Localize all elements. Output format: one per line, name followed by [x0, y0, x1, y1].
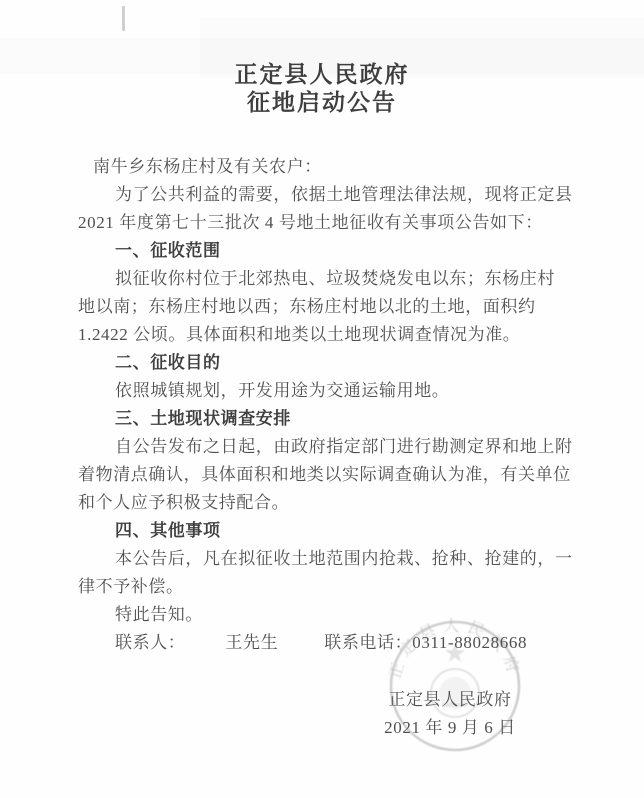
- section-4-line: 本公告后，凡在拟征收土地范围内抢栽、抢种、抢建的，一: [78, 545, 570, 573]
- section-3-line: 和个人应予积极支持配合。: [78, 489, 570, 517]
- scan-artifact-mark: [122, 6, 125, 31]
- section-2-line: 依照城镇规划，开发用途为交通运输用地。: [78, 377, 570, 405]
- section-heading-1: 一、征收范围: [78, 237, 570, 265]
- contact-phone: 0311-88028668: [412, 633, 527, 652]
- title-line-1: 正定县人民政府: [0, 61, 644, 89]
- section-heading-2: 二、征收目的: [78, 349, 570, 377]
- signature-block: 正定县人民政府 2021 年 9 月 6 日: [360, 686, 540, 742]
- section-1-line: 地以南；东杨庄村地以西；东杨庄村地以北的土地，面积约: [78, 293, 570, 321]
- title-line-2: 征地启动公告: [0, 89, 644, 117]
- section-3-line: 自公告发布之日起，由政府指定部门进行勘测定界和地上附: [78, 433, 570, 461]
- section-heading-4: 四、其他事项: [78, 517, 570, 545]
- signature-issuer: 正定县人民政府: [360, 686, 540, 714]
- section-heading-3: 三、土地现状调查安排: [78, 405, 570, 433]
- section-1-line: 1.2422 公顷。具体面积和地类以土地现状调查情况为准。: [78, 321, 570, 349]
- contact-line: 联系人：王先生联系电话：0311-88028668: [78, 629, 570, 657]
- document-title: 正定县人民政府 征地启动公告: [0, 61, 644, 117]
- contact-name: 王先生: [225, 633, 278, 652]
- signature-date: 2021 年 9 月 6 日: [360, 714, 540, 742]
- section-1-line: 拟征收你村位于北郊热电、垃圾焚烧发电以东；东杨庄村: [78, 265, 570, 293]
- salutation: 南牛乡东杨庄村及有关农户：: [78, 153, 570, 181]
- section-3-line: 着物清点确认，具体面积和地类以实际调查确认为准，有关单位: [78, 461, 570, 489]
- contact-phone-label: 联系电话：: [324, 633, 412, 652]
- intro-line: 为了公共利益的需要，依据土地管理法律法规，现将正定县: [78, 181, 570, 209]
- contact-label: 联系人：: [115, 633, 185, 652]
- scanned-announcement-page: 正定县人民政府 正定县人民政府 征地启动公告 南牛乡东杨庄村及有关农户： 为了公…: [0, 0, 644, 798]
- closing-line: 特此告知。: [78, 601, 570, 629]
- section-4-line: 律不予补偿。: [78, 573, 570, 601]
- intro-line: 2021 年度第七十三批次 4 号地土地征收有关事项公告如下：: [78, 209, 570, 237]
- announcement-body: 南牛乡东杨庄村及有关农户： 为了公共利益的需要，依据土地管理法律法规，现将正定县…: [78, 153, 570, 657]
